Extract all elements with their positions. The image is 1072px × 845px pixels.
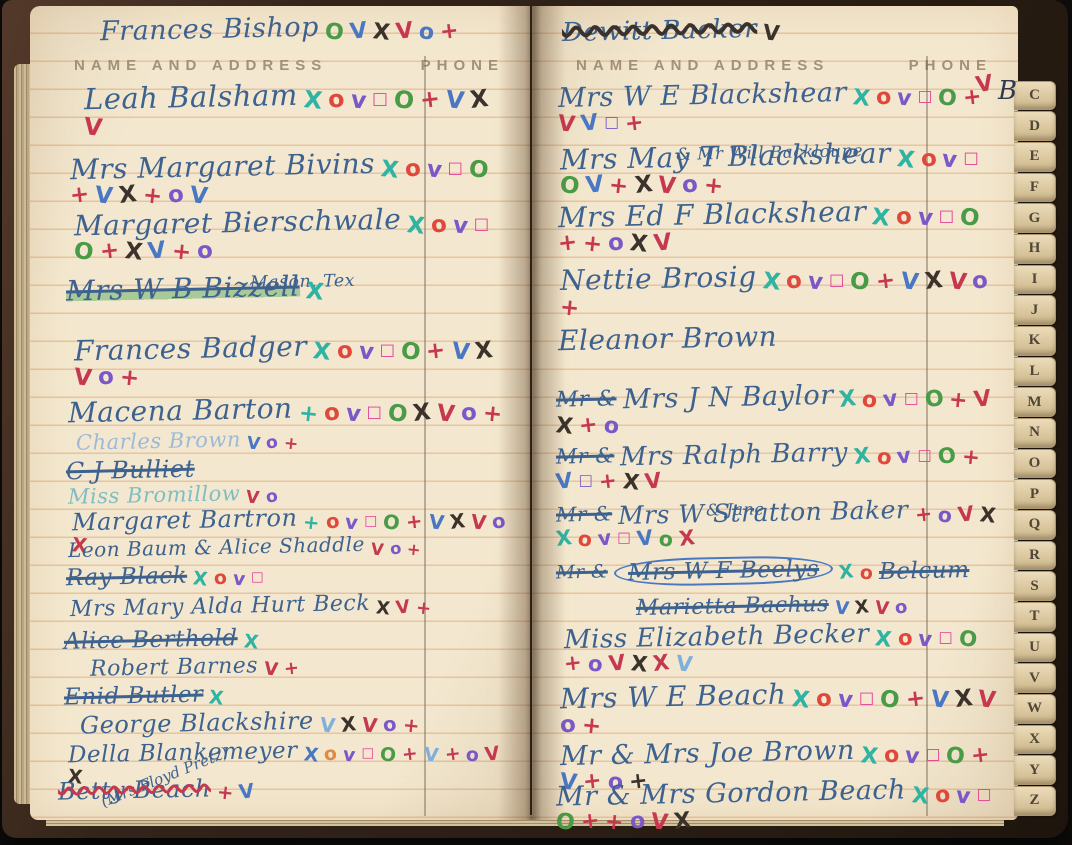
mark-x: X <box>123 240 143 266</box>
mark-circle: O <box>849 269 871 295</box>
mark-x: X <box>192 569 209 590</box>
entry-row: Leah BalshamXov□O+VXV <box>84 82 512 139</box>
entry-name: Ray Black <box>66 564 188 591</box>
entry-name: Mrs W E Beach <box>560 680 787 714</box>
mark-plus: + <box>874 268 896 294</box>
mark-x: X <box>555 527 573 550</box>
mark-plus: + <box>604 810 625 835</box>
mark-circle: o <box>876 446 893 470</box>
mark-circle: o <box>815 686 834 712</box>
entry-name: Eleanor Brown <box>558 322 778 356</box>
mark-plus: + <box>702 173 724 199</box>
index-tab-k: K <box>1014 326 1056 356</box>
mark-x: X <box>791 687 811 713</box>
alphabet-tab-index: B V CDEFGHIJKLMNOPQRSTUVWXYZ <box>1014 80 1056 816</box>
mark-plus: + <box>283 659 300 680</box>
mark-check: V <box>900 269 920 295</box>
mark-check: V <box>762 22 781 46</box>
mark-circle: O <box>957 628 977 652</box>
mark-check: v <box>955 784 972 809</box>
mark-x: X <box>853 445 872 469</box>
index-tab-f: F <box>1014 173 1056 203</box>
mark-x: X <box>871 205 891 231</box>
mark-plus: + <box>563 652 583 676</box>
entry-name: Marietta Bachus <box>636 593 829 620</box>
mark-x: X <box>838 562 855 583</box>
mark-plus: + <box>216 782 235 804</box>
mark-circle: o <box>459 400 478 426</box>
entry-row: Mrs W E BeachXov□O+VXVo+ <box>560 682 1000 737</box>
mark-plus: + <box>608 173 630 199</box>
mark-check: V <box>395 598 411 618</box>
mark-check: V <box>83 115 104 142</box>
mark-square: □ <box>380 341 395 358</box>
column-header-row: NAME AND ADDRESS PHONE <box>30 52 530 78</box>
index-tab-y: Y <box>1014 755 1056 785</box>
mark-square: □ <box>918 88 933 104</box>
mark-circle: O <box>400 339 422 365</box>
mark-check: V <box>607 652 626 676</box>
mark-circle: o <box>858 563 873 584</box>
mark-square: □ <box>364 514 377 529</box>
mark-circle: o <box>96 365 115 391</box>
mark-circle: o <box>418 20 436 45</box>
mark-circle: o <box>893 598 908 618</box>
mark-plus: + <box>69 182 91 208</box>
mark-check: v <box>342 745 356 766</box>
entry-name: Charles Brown <box>76 428 241 453</box>
entry-row: Mrs May T BlackshearXov□OV+XVo+ <box>560 142 1000 197</box>
current-tab-letter: B <box>998 76 1017 106</box>
entry-name: Alice Berthold <box>64 626 238 654</box>
entry-row: Mrs Mary Alda Hurt BeckXV+ <box>70 595 512 618</box>
entry-name: Nettie Brosig <box>560 262 757 296</box>
mark-circle: o <box>213 568 228 589</box>
mark-circle: o <box>327 86 346 113</box>
entry-row: Robert BarnesV+ <box>90 656 512 679</box>
mark-square: □ <box>604 114 619 130</box>
mark-plus: + <box>118 365 140 391</box>
entry-name: Mrs J N Baylor <box>622 382 833 415</box>
mark-x: X <box>678 527 696 550</box>
index-tab-v: V <box>1014 663 1056 693</box>
mark-circle: o <box>587 654 604 678</box>
mark-check: v <box>357 339 374 365</box>
mark-check: V <box>147 238 168 264</box>
mark-check: v <box>451 213 468 239</box>
entry-row: C J Bulliet <box>66 458 512 483</box>
entry-name: Margaret Bierschwale <box>74 205 402 241</box>
mark-circle: o <box>559 713 578 739</box>
mark-x: X <box>372 20 391 45</box>
entry-row: Macena Barton+ov□OXVo+ <box>68 396 512 425</box>
entry-row: Mr &Mrs W Stratton Baker+oVXXov□VoX <box>556 500 1000 550</box>
mark-plus: + <box>98 238 120 264</box>
mark-circle: o <box>895 204 914 230</box>
mark-circle: o <box>861 388 879 413</box>
mark-square: □ <box>904 390 919 406</box>
entry-row: Leon Baum & Alice ShaddleVo+ <box>68 537 512 558</box>
mark-x: X <box>304 279 324 305</box>
mark-plus: + <box>970 743 991 768</box>
mark-circle: o <box>937 504 953 527</box>
mark-square: □ <box>617 531 631 546</box>
mark-x: X <box>629 232 649 258</box>
mark-circle: o <box>602 415 620 440</box>
mark-plus: + <box>597 470 617 494</box>
mark-check: V <box>644 470 663 494</box>
mark-check: V <box>395 19 415 44</box>
index-tab-c: C <box>1014 81 1056 111</box>
mark-x: X <box>761 269 781 295</box>
mark-circle: o <box>577 529 593 552</box>
index-tab-i: I <box>1014 265 1056 295</box>
mark-square: □ <box>926 746 941 762</box>
entry-row: Dewitt BackerV <box>562 18 1000 45</box>
mark-circle: O <box>559 173 581 199</box>
mark-x: X <box>838 387 858 412</box>
phone-label: PHONE <box>421 57 504 74</box>
mark-x: X <box>854 598 870 618</box>
mark-x: X <box>633 172 654 198</box>
mark-plus: + <box>578 413 599 438</box>
mark-circle: o <box>785 268 804 294</box>
right-page: NAME AND ADDRESS PHONE Dewitt BackerVMrs… <box>532 6 1018 820</box>
entry-name: Mrs Mary Alda Hurt Beck <box>70 592 370 621</box>
mark-plus: + <box>557 230 579 256</box>
mark-check: V <box>675 653 694 677</box>
entry-name: Mrs W E Blackshear <box>558 79 847 113</box>
entry-row: Alice BertholdX <box>64 628 512 652</box>
index-tab-o: O <box>1014 449 1056 479</box>
mark-x: X <box>860 744 879 769</box>
mark-check: V <box>557 113 576 138</box>
mark-plus: + <box>297 401 319 427</box>
entry-row: Mrs Margaret BivinsXov□O+VX+oV <box>70 152 512 207</box>
mark-square: □ <box>939 207 954 224</box>
entry-name: Leon Baum & Alice Shaddle <box>68 534 365 561</box>
mark-check: V <box>650 811 669 836</box>
entry-name: Robert Barnes <box>90 654 258 681</box>
mark-check: V <box>445 87 466 114</box>
mark-square: □ <box>938 630 952 646</box>
mark-circle: O <box>555 810 576 835</box>
index-tab-r: R <box>1014 541 1056 571</box>
index-tab-l: L <box>1014 357 1056 387</box>
mark-check: v <box>349 87 367 113</box>
entry-name: Mrs W B Bizzell <box>66 272 300 306</box>
mark-check: V <box>436 401 456 427</box>
entry-row: Frances BadgerXov□O+VXVo+ <box>74 334 512 389</box>
entry-name: Dewitt Backer <box>562 16 758 47</box>
mark-circle: o <box>896 627 913 651</box>
entry-name: Mrs Ralph Barry <box>620 440 848 472</box>
mark-check: v <box>896 445 913 469</box>
entry-name: Mrs Margaret Bivins <box>70 149 376 185</box>
mark-circle: o <box>629 810 647 835</box>
entry-row: Miss BromillowVo <box>68 484 512 506</box>
name-address-label: NAME AND ADDRESS <box>576 57 829 74</box>
index-tab-q: Q <box>1014 510 1056 540</box>
index-tab-t: T <box>1014 602 1056 632</box>
mark-x: X <box>375 599 391 619</box>
mark-plus: + <box>419 86 442 113</box>
index-tab-s: S <box>1014 571 1056 601</box>
entry-name: Frances Bishop <box>100 14 319 47</box>
mark-circle: O <box>937 86 958 111</box>
mark-x: X <box>652 652 671 676</box>
entry-row: George BlackshireVXVo+ <box>80 711 512 736</box>
mark-square: □ <box>829 271 844 288</box>
entry-name: Enid Butler <box>64 683 204 710</box>
mark-circle: o <box>919 146 938 172</box>
mark-plus: + <box>904 686 926 712</box>
mark-plus: + <box>443 744 461 766</box>
index-tab-m: M <box>1014 387 1056 417</box>
mark-check: v <box>344 401 361 427</box>
entry-name: Mrs Ed F Blackshear <box>558 197 867 233</box>
mark-circle: O <box>468 157 490 183</box>
mark-square: □ <box>372 90 388 108</box>
mark-plus: + <box>402 715 421 737</box>
mark-check: v <box>807 269 824 295</box>
mark-circle: O <box>382 512 401 534</box>
index-tab-u: U <box>1014 633 1056 663</box>
index-tab-g: G <box>1014 203 1056 233</box>
mark-check: V <box>930 687 950 713</box>
mark-check: V <box>957 503 975 526</box>
index-tab-w: W <box>1014 694 1056 724</box>
entry-name: Betty Beach <box>58 776 211 804</box>
index-tab-d: D <box>1014 111 1056 141</box>
mark-square: □ <box>447 159 462 176</box>
entry-name: Mr & Mrs Joe Brown <box>560 737 855 772</box>
mark-plus: + <box>401 744 419 766</box>
index-tab-p: P <box>1014 479 1056 509</box>
mark-check: v <box>425 157 442 183</box>
mark-check: V <box>834 599 850 619</box>
mark-check: V <box>973 387 993 412</box>
index-tab-e: E <box>1014 142 1056 172</box>
mark-circle: o <box>491 511 507 533</box>
mark-x: X <box>953 686 974 712</box>
struck-prefix: Mr & <box>556 503 613 525</box>
mark-check: V <box>370 540 384 558</box>
mark-square: □ <box>917 448 931 464</box>
mark-x: X <box>303 745 320 766</box>
mark-circle: O <box>959 205 981 231</box>
mark-check: V <box>555 470 574 494</box>
mark-check: V <box>238 781 256 803</box>
mark-circle: o <box>323 744 338 765</box>
mark-square: □ <box>859 689 874 706</box>
mark-circle: o <box>465 745 480 766</box>
mark-x: X <box>412 400 433 426</box>
entry-row: Ray BlackXov□ <box>66 565 512 589</box>
mark-check: v <box>904 744 921 769</box>
mark-check: V <box>348 19 368 44</box>
entry-name: Miss Bromillow <box>68 482 241 508</box>
mark-circle: O <box>923 387 945 412</box>
mark-circle: o <box>322 400 341 426</box>
mark-check: V <box>874 599 890 619</box>
mark-check: V <box>947 269 967 295</box>
mark-plus: + <box>405 511 424 534</box>
entry-name: C J Bulliet <box>66 457 195 485</box>
mark-x: X <box>118 182 139 208</box>
mark-check: V <box>246 434 261 453</box>
mark-square: □ <box>361 747 374 761</box>
mark-plus: + <box>948 388 969 413</box>
mark-square: □ <box>251 571 264 585</box>
mark-x: X <box>896 147 916 173</box>
address-book-photo: NAME AND ADDRESS PHONE Frances BishopOVX… <box>0 0 1072 845</box>
mark-check: V <box>484 744 501 765</box>
entry-name: Macena Barton <box>68 394 293 428</box>
mark-x: X <box>302 87 323 114</box>
entry-name: Leah Balsham <box>84 80 298 115</box>
mark-circle: O <box>945 744 966 769</box>
mark-x: X <box>911 784 930 809</box>
mark-check: v <box>917 628 933 652</box>
mark-x: X <box>673 809 693 834</box>
mark-check: V <box>319 715 336 737</box>
entry-row: Mrs Ed F BlackshearXov□O++oXV <box>558 200 1000 255</box>
mark-plus: + <box>171 239 193 265</box>
mark-x: X <box>469 86 490 113</box>
mark-circle: o <box>265 433 279 452</box>
mark-check: v <box>597 528 613 551</box>
mark-x: X <box>243 632 260 653</box>
mark-plus: + <box>481 401 503 427</box>
mark-check: V <box>636 527 654 550</box>
mark-plus: + <box>580 713 602 739</box>
struck-prefix: Mr & <box>556 445 615 468</box>
mark-x: X <box>449 511 467 533</box>
mark-check: V <box>427 512 444 534</box>
mark-circle: o <box>335 338 354 364</box>
mark-check: V <box>188 184 208 210</box>
entry-name: George Blackshire <box>80 709 314 739</box>
entry-row: Frances BishopOVXVo+ <box>100 16 512 44</box>
mark-circle: O <box>879 687 901 713</box>
mark-x: X <box>555 415 574 440</box>
struck-trailing-name: Belcum <box>878 558 969 584</box>
mark-square: □ <box>367 403 382 420</box>
mark-plus: + <box>141 183 163 209</box>
mark-check: V <box>580 111 600 136</box>
mark-plus: + <box>439 19 460 44</box>
index-tab-n: N <box>1014 418 1056 448</box>
mark-circle: O <box>393 87 416 114</box>
mark-x: X <box>852 86 871 111</box>
entry-row: Charles BrownVo+ <box>76 430 512 452</box>
mark-circle: o <box>403 156 422 182</box>
struck-prefix: Mr & <box>556 562 608 582</box>
mark-check: v <box>896 86 913 111</box>
mark-check: V <box>653 230 674 256</box>
entry-row: Miss Elizabeth BeckerXov□O+oVXXV <box>564 624 1000 676</box>
entry-row: Mr &Mrs W F BeelysXoBelcum <box>556 557 1000 585</box>
mark-circle: o <box>389 539 402 557</box>
struck-prefix: Mr & <box>556 388 617 412</box>
mark-square: □ <box>963 149 978 166</box>
mark-plus: + <box>559 295 581 321</box>
mark-check: v <box>882 387 899 412</box>
mark-circle: o <box>167 183 186 209</box>
index-tab-j: J <box>1014 295 1056 325</box>
entry-row: Eleanor Brown <box>558 324 1000 353</box>
mark-x: X <box>406 213 426 239</box>
entry-name: Margaret Bartron <box>72 506 298 536</box>
mark-check: V <box>470 512 487 534</box>
mark-circle: o <box>382 714 398 736</box>
mark-circle: o <box>196 239 215 265</box>
mark-x: X <box>312 339 332 365</box>
mark-check: v <box>232 569 246 590</box>
mark-circle: O <box>324 20 345 45</box>
mark-check: v <box>344 512 359 534</box>
mark-circle: o <box>325 511 341 533</box>
entry-name: Mrs W Stratton Baker <box>618 497 909 529</box>
mark-plus: + <box>582 231 604 257</box>
index-tab-z: Z <box>1014 786 1056 816</box>
mark-check: V <box>977 687 997 713</box>
mark-circle: O <box>936 445 957 469</box>
mark-circle: o <box>875 85 893 110</box>
mark-check: V <box>423 745 440 766</box>
entry-row: Nettie BrosigXov□O+VXVo+ <box>560 264 1000 319</box>
mark-x: X <box>874 628 893 652</box>
mark-check: V <box>657 174 677 200</box>
mark-plus: + <box>283 434 299 453</box>
entry-name: Mrs W F Beelys <box>614 555 834 588</box>
mark-plus: + <box>579 809 600 834</box>
mark-check: v <box>941 147 958 173</box>
mark-plus: + <box>302 512 321 534</box>
entry-row: Mr &Mrs J N BaylorXov□O+VX+o <box>556 384 1000 438</box>
mark-x: X <box>380 157 400 183</box>
index-tab-x: X <box>1014 725 1056 755</box>
entry-name: Mrs May T Blackshear <box>560 139 891 175</box>
mark-plus: + <box>415 599 432 619</box>
mark-circle: o <box>430 212 449 238</box>
mark-check: v <box>837 687 854 713</box>
mark-circle: o <box>607 231 626 257</box>
name-address-label: NAME AND ADDRESS <box>74 57 327 74</box>
mark-circle: o <box>681 173 700 199</box>
mark-circle: O <box>73 239 95 265</box>
mark-plus: + <box>960 446 980 470</box>
entry-row: Mrs W B BizzellX <box>66 274 512 303</box>
mark-circle: o <box>883 743 901 768</box>
entry-name: Miss Elizabeth Becker <box>564 621 870 655</box>
mark-square: □ <box>977 786 992 802</box>
mark-circle: O <box>379 745 397 766</box>
mark-check: V <box>450 339 470 365</box>
mark-x: X <box>923 268 944 294</box>
mark-square: □ <box>474 215 489 232</box>
mark-check: V <box>361 715 378 737</box>
mark-plus: + <box>425 338 447 364</box>
phone-label: PHONE <box>909 57 992 74</box>
mark-plus: + <box>913 503 933 526</box>
entry-name: Frances Badger <box>74 332 308 366</box>
mark-check: V <box>73 366 93 392</box>
mark-plus: + <box>624 111 645 136</box>
mark-check: v <box>917 205 934 231</box>
index-tab-h: H <box>1014 234 1056 264</box>
